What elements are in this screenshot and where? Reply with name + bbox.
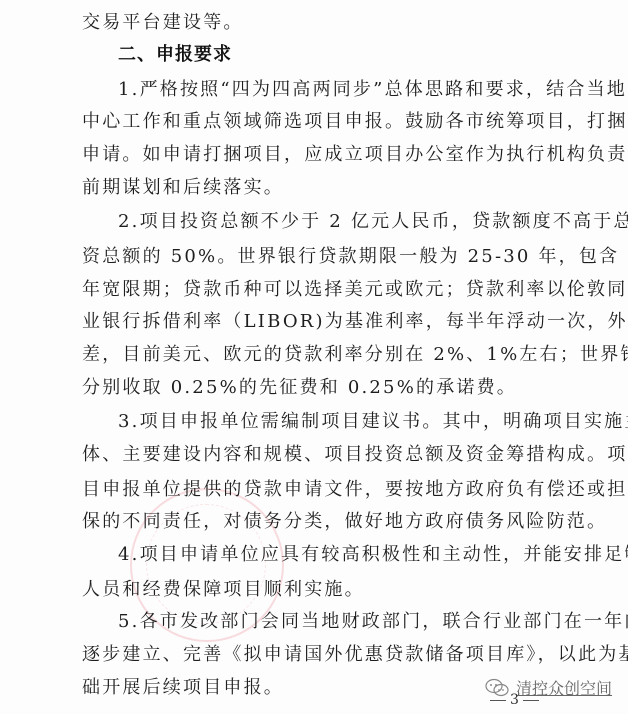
paragraph-line: 资总额的 50%。世界银行贷款期限一般为 25-30 年，包含 5-6 xyxy=(82,246,552,268)
paragraph-first-line: 3.项目申报单位需编制项目建议书。其中，明确项目实施主 xyxy=(118,411,552,433)
paragraph-line: 逐步建立、完善《拟申请国外优惠贷款储备项目库》，以此为基 xyxy=(82,644,552,666)
paragraph-first-line: 5.各市发改部门会同当地财政部门，联合行业部门在一年内 xyxy=(118,611,552,633)
paragraph-line: 体、主要建设内容和规模、项目投资总额及资金筹措构成。项 xyxy=(82,444,552,466)
paragraph-line: 交易平台建设等。 xyxy=(82,12,552,34)
paragraph-line: 分别收取 0.25%的先征费和 0.25%的承诺费。 xyxy=(82,377,552,399)
page-number-value: 3 xyxy=(510,692,519,708)
paragraph-line: 目申报单位提供的贷款申请文件，要按地方政府负有偿还或担 xyxy=(82,479,552,501)
paragraph-line: 人员和经费保障项目顺利实施。 xyxy=(82,579,552,601)
paragraph-first-line: 1.严格按照“四为四高两同步”总体思路和要求，结合当地 xyxy=(118,79,552,101)
paragraph-first-line: 2.项目投资总额不少于 2 亿元人民币，贷款额度不高于总投 xyxy=(118,211,552,233)
paragraph-line: 差，目前美元、欧元的贷款利率分别在 2%、1%左右；世界银行 xyxy=(82,344,552,366)
document-page: 交易平台建设等。二、申报要求1.严格按照“四为四高两同步”总体思路和要求，结合当… xyxy=(0,0,628,714)
paragraph-line: 中心工作和重点领域筛选项目申报。鼓励各市统筹项目，打捆 xyxy=(82,111,552,133)
paragraph-first-line: 4.项目申请单位应具有较高积极性和主动性，并能安排足够 xyxy=(118,544,552,566)
paragraph-line: 础开展后续项目申报。 xyxy=(82,677,552,699)
paragraph-line: 业银行拆借利率（LIBOR)为基准利率，每半年浮动一次，外加利 xyxy=(82,311,552,333)
paragraph-line: 年宽限期；贷款币种可以选择美元或欧元；贷款利率以伦敦同 xyxy=(82,279,552,301)
page-number: 3 xyxy=(486,692,543,708)
paragraph-line: 前期谋划和后续落实。 xyxy=(82,177,552,199)
paragraph-line: 保的不同责任，对债务分类，做好地方政府债务风险防范。 xyxy=(82,511,552,533)
paragraph-line: 申请。如申请打捆项目，应成立项目办公室作为执行机构负责 xyxy=(82,144,552,166)
section-heading: 二、申报要求 xyxy=(118,44,232,66)
